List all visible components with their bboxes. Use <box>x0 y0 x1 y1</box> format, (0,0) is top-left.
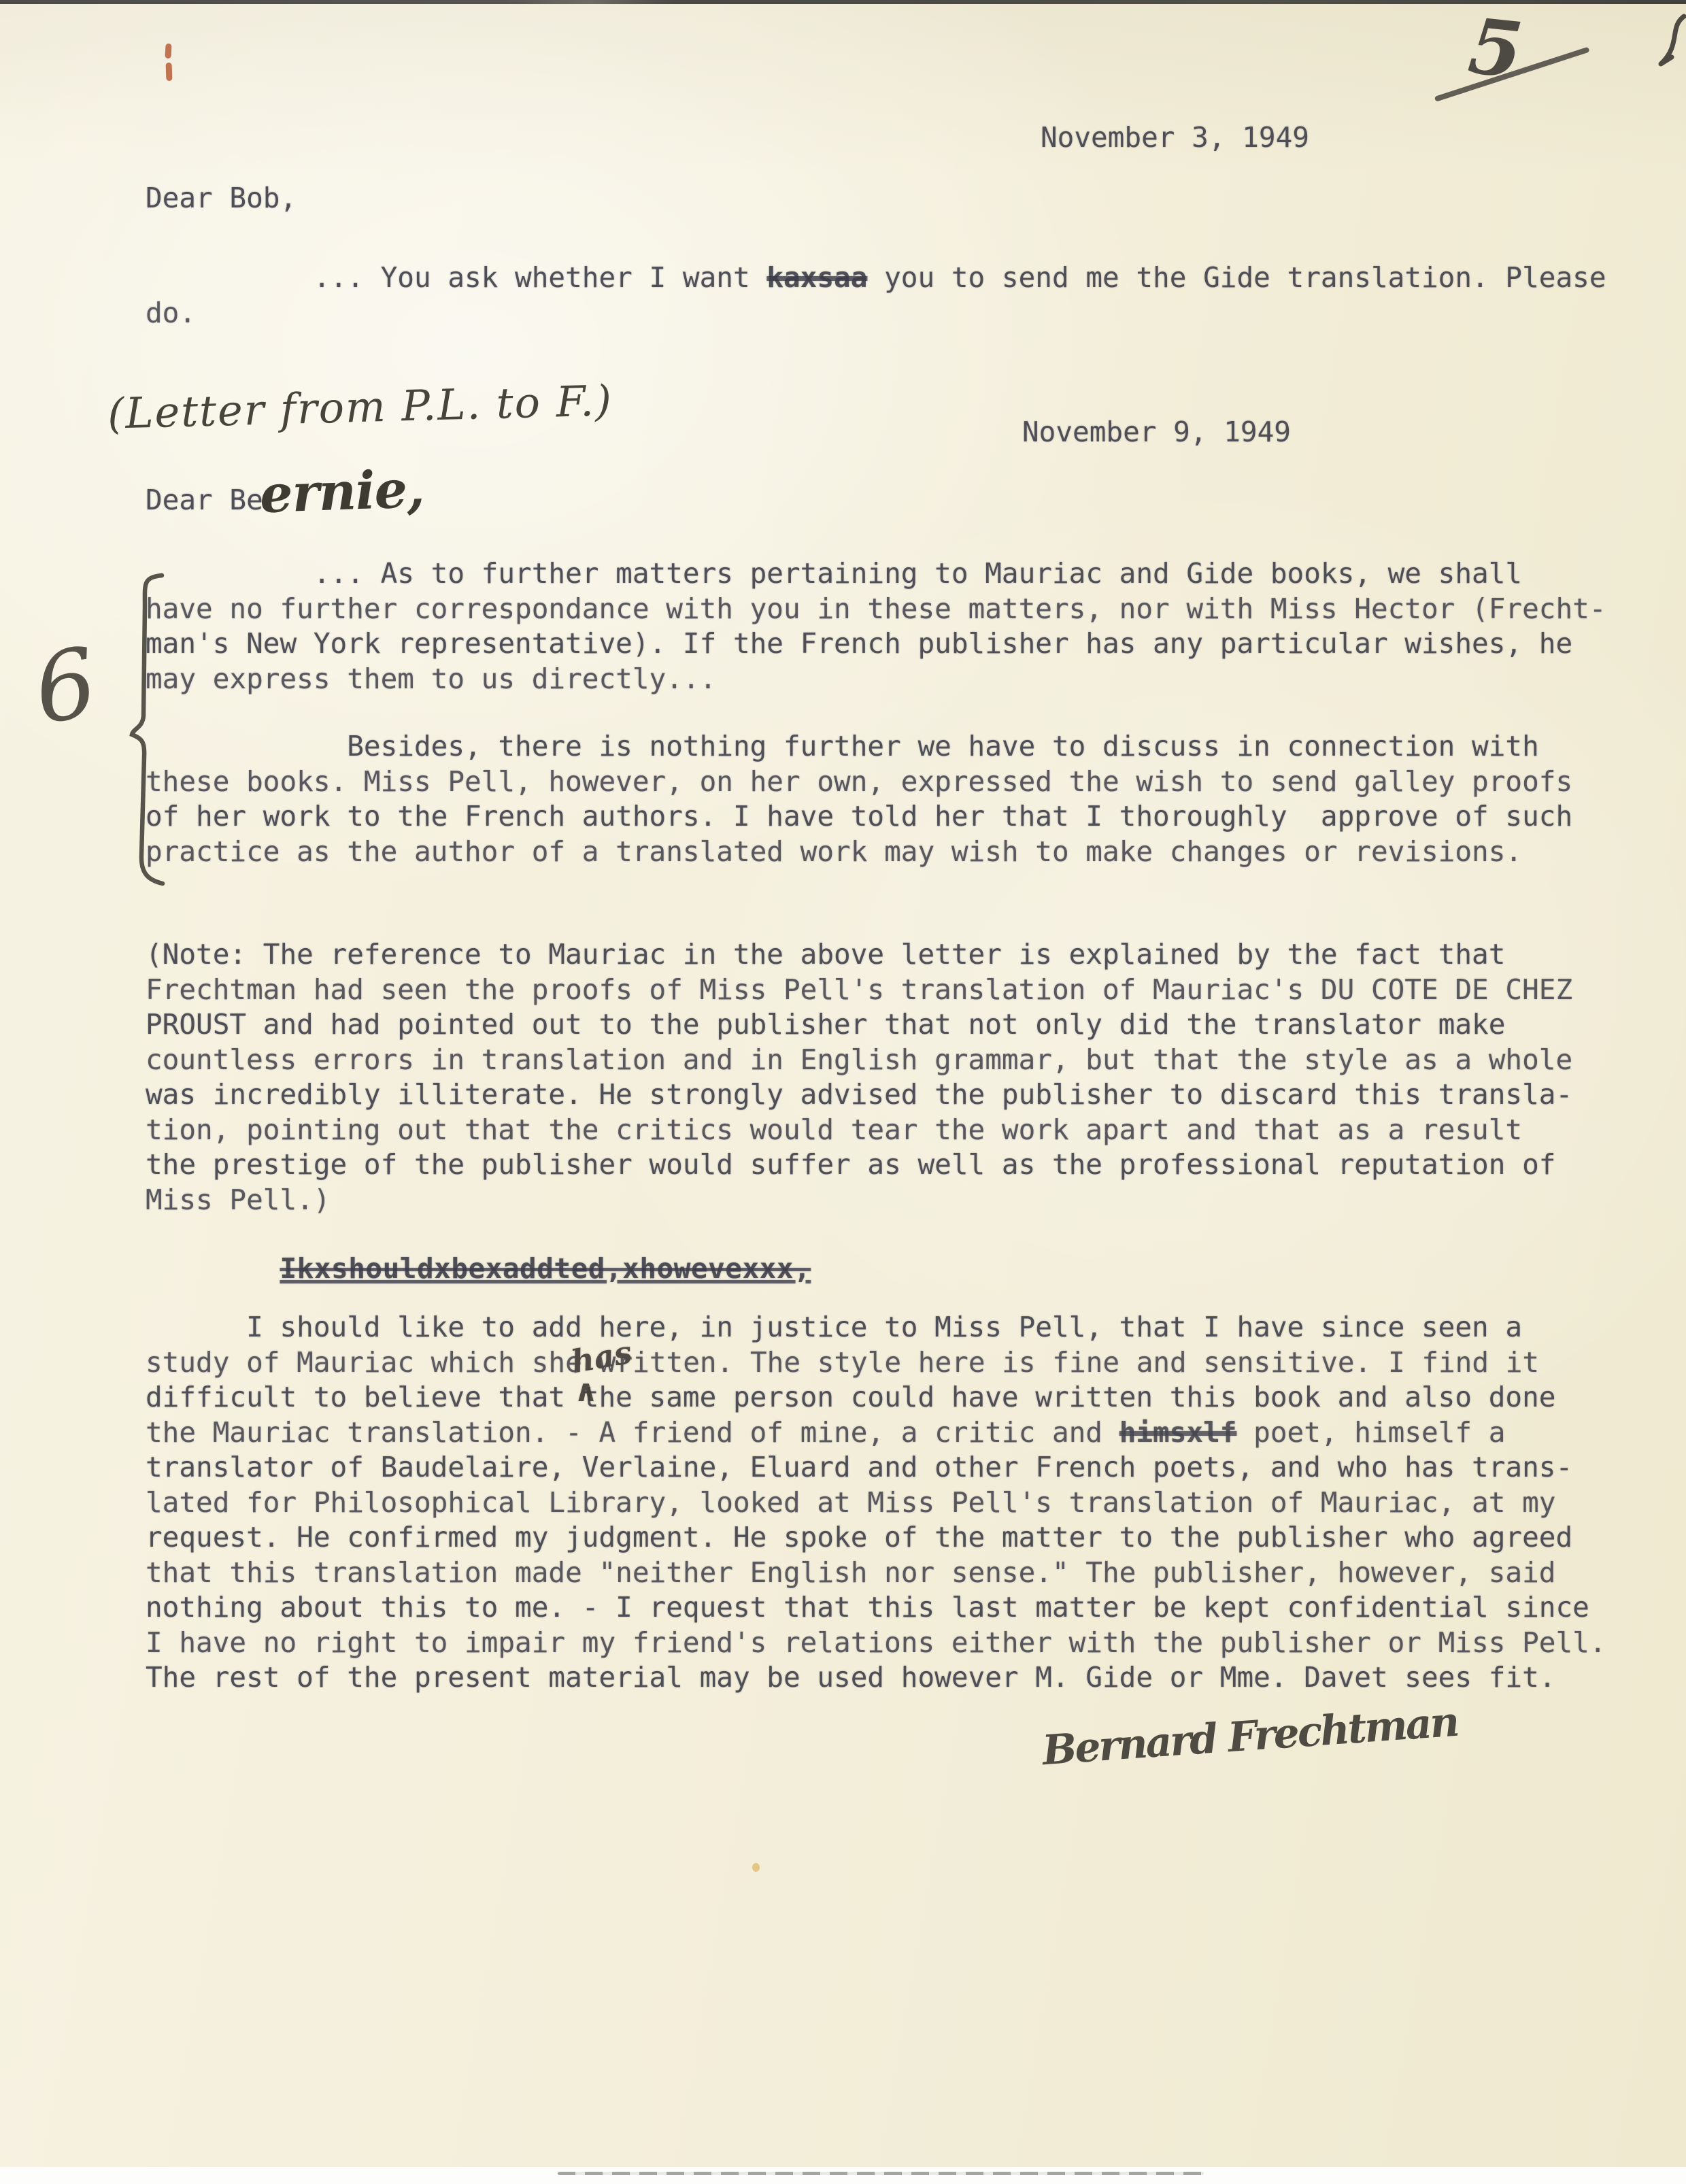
handwritten-insertion: has∧ <box>582 1371 599 1372</box>
typed-line: may express them to us directly... <box>146 662 1606 697</box>
typed-line: ... As to further matters pertaining to … <box>146 556 1606 592</box>
typed-text: Miss Pell.) <box>146 1183 331 1216</box>
scan-bottom-margin <box>0 2167 1686 2184</box>
typed-line: PROUST and had pointed out to the publis… <box>146 1007 1572 1043</box>
typed-text: (Note: The reference to Mauriac in the a… <box>146 938 1505 971</box>
typed-text: you to send me the Gide translation. Ple… <box>867 261 1606 294</box>
typed-line: ... You ask whether I want kaxsaa you to… <box>146 261 1606 296</box>
struck-text: himsxlf <box>1119 1416 1237 1449</box>
typed-line: was incredibly illiterate. He strongly a… <box>146 1077 1572 1113</box>
typed-text: translator of Baudelaire, Verlaine, Elua… <box>146 1451 1572 1483</box>
handwritten-name-correction: ernie, <box>259 458 425 524</box>
typed-text: these books. Miss Pell, however, on her … <box>146 765 1572 798</box>
typed-text: PROUST and had pointed out to the publis… <box>146 1008 1505 1041</box>
scanned-letter-page: 5 November 3, 1949 Dear Bob, ... You ask… <box>0 0 1686 2184</box>
typed-line: of her work to the French authors. I hav… <box>146 799 1572 835</box>
typed-text: have no further correspondance with you … <box>146 592 1606 625</box>
typed-text: do. <box>146 297 196 329</box>
typed-line: Miss Pell.) <box>146 1183 1572 1218</box>
typed-text: I should like to add here, in justice to… <box>146 1311 1522 1343</box>
letter1-salutation: Dear Bob, <box>146 181 297 216</box>
paper-speck <box>752 1863 760 1872</box>
typed-text: poet, himself a <box>1236 1416 1505 1449</box>
letter1-body: ... You ask whether I want kaxsaa you to… <box>146 261 1606 331</box>
typed-line: the Mauriac translation. - A friend of m… <box>146 1415 1606 1451</box>
typed-line: do. <box>146 296 1606 331</box>
scan-top-edge <box>0 0 1686 4</box>
typed-line: study of Mauriac which shehas∧written. T… <box>146 1345 1606 1381</box>
corner-pen-stroke <box>1655 15 1686 69</box>
letter2-date: November 9, 1949 <box>1022 415 1291 450</box>
typed-line: Besides, there is nothing further we hav… <box>146 729 1572 765</box>
typed-text: ... As to further matters pertaining to … <box>146 557 1522 590</box>
typed-line: countless errors in translation and in E… <box>146 1043 1572 1078</box>
letter1-date: November 3, 1949 <box>1041 120 1309 156</box>
handwritten-margin-number: 6 <box>27 627 104 746</box>
letter2-paragraph-1: ... As to further matters pertaining to … <box>146 556 1606 696</box>
typed-text: request. He confirmed my judgment. He sp… <box>146 1521 1572 1553</box>
struck-text: kaxsaa <box>766 261 867 294</box>
typed-line: request. He confirmed my judgment. He sp… <box>146 1520 1606 1556</box>
typed-text: that this translation made "neither Engl… <box>146 1556 1555 1589</box>
typed-line: Frechtman had seen the proofs of Miss Pe… <box>146 973 1572 1008</box>
note-paragraph: (Note: The reference to Mauriac in the a… <box>146 937 1572 1217</box>
typed-line: difficult to believe that the same perso… <box>146 1380 1606 1415</box>
typed-text: practice as the author of a translated w… <box>146 835 1522 868</box>
handwritten-source-note: (Letter from P.L. to F.) <box>107 375 613 438</box>
typed-line: practice as the author of a translated w… <box>146 835 1572 870</box>
red-ink-mark <box>166 63 173 81</box>
typed-text: Besides, there is nothing further we hav… <box>146 730 1539 762</box>
closing-paragraph: I should like to add here, in justice to… <box>146 1310 1606 1696</box>
typed-text: was incredibly illiterate. He strongly a… <box>146 1078 1572 1111</box>
typed-line: nothing about this to me. - I request th… <box>146 1590 1606 1626</box>
typed-text: difficult to believe that the same perso… <box>146 1381 1555 1413</box>
typed-line: tion, pointing out that the critics woul… <box>146 1113 1572 1148</box>
typed-text: Frechtman had seen the proofs of Miss Pe… <box>146 973 1572 1006</box>
scan-bottom-edge-line <box>558 2172 1204 2175</box>
typed-line: the prestige of the publisher would suff… <box>146 1147 1572 1183</box>
typed-text: the prestige of the publisher would suff… <box>146 1148 1555 1181</box>
struck-text: Ikxshouldxbexaddted,xhowevexxx, <box>280 1252 811 1285</box>
letter2-paragraph-2: Besides, there is nothing further we hav… <box>146 729 1572 869</box>
typed-text: I have no right to impair my friend's re… <box>146 1626 1606 1659</box>
letter2-salutation-typed: Dear Be <box>146 483 263 518</box>
typed-text: may express them to us directly... <box>146 662 716 695</box>
typed-line: translator of Baudelaire, Verlaine, Elua… <box>146 1450 1606 1485</box>
typed-text: the Mauriac translation. - A friend of m… <box>146 1416 1119 1449</box>
handwritten-signature: Bernard Frechtman <box>1041 1698 1459 1775</box>
typed-line: these books. Miss Pell, however, on her … <box>146 765 1572 800</box>
typed-line: man's New York representative). If the F… <box>146 626 1606 662</box>
typed-text: ... You ask whether I want <box>146 261 766 294</box>
struck-out-line: Ikxshouldxbexaddted,xhowevexxx, <box>146 1251 811 1287</box>
typed-line: have no further correspondance with you … <box>146 592 1606 627</box>
typed-text: lated for Philosophical Library, looked … <box>146 1486 1555 1519</box>
typed-line: I have no right to impair my friend's re… <box>146 1626 1606 1661</box>
typed-text: tion, pointing out that the critics woul… <box>146 1113 1522 1146</box>
typed-line: lated for Philosophical Library, looked … <box>146 1485 1606 1521</box>
caret-icon: ∧ <box>574 1374 598 1409</box>
typed-text: countless errors in translation and in E… <box>146 1043 1572 1076</box>
typed-text: nothing about this to me. - I request th… <box>146 1591 1589 1624</box>
typed-line: that this translation made "neither Engl… <box>146 1556 1606 1591</box>
typed-line: Ikxshouldxbexaddted,xhowevexxx, <box>146 1251 811 1287</box>
typed-line: I should like to add here, in justice to… <box>146 1310 1606 1345</box>
typed-text: of her work to the French authors. I hav… <box>146 800 1572 833</box>
typed-text: written. The style here is fine and sens… <box>599 1346 1539 1379</box>
red-ink-mark <box>165 44 171 58</box>
typed-text: study of Mauriac which she <box>146 1346 582 1379</box>
typed-text <box>146 1252 280 1285</box>
typed-text: man's New York representative). If the F… <box>146 627 1572 660</box>
typed-text: The rest of the present material may be … <box>146 1661 1555 1694</box>
typed-line: The rest of the present material may be … <box>146 1660 1606 1696</box>
typed-line: (Note: The reference to Mauriac in the a… <box>146 937 1572 973</box>
